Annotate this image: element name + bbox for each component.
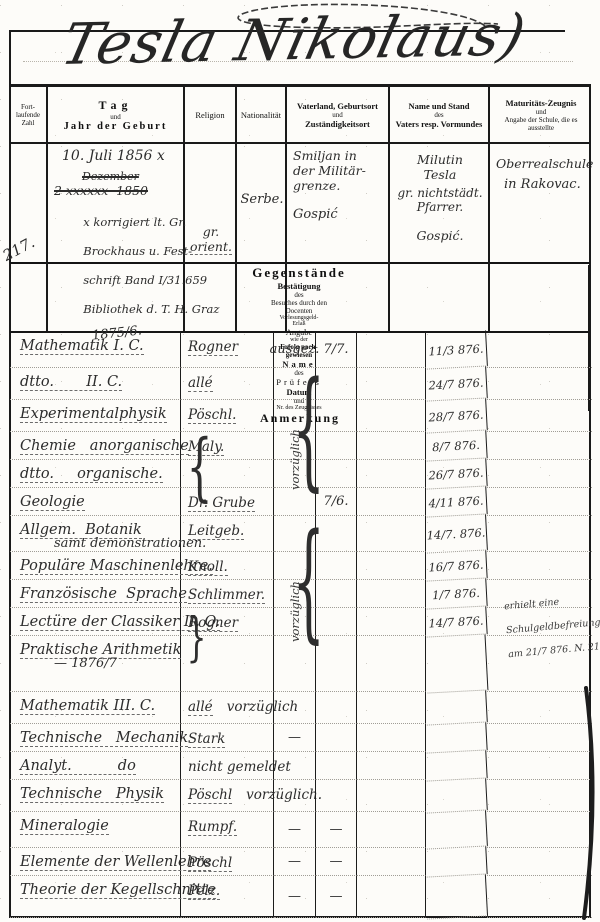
subject-cell: Mathematik III. C.: [10, 692, 181, 724]
examiner-cell: [357, 400, 426, 432]
subject-name: dtto. organische.: [20, 466, 163, 483]
brace-grade-2: {: [292, 518, 325, 646]
date-cell: 4/11 876.: [425, 486, 487, 517]
header-birth: Tag und Jahr der Geburt: [48, 87, 185, 142]
subject-cell: dtto. II. C.: [10, 368, 181, 400]
date-cell: 28/7 876.: [425, 398, 488, 433]
proof-cell: —: [316, 812, 357, 848]
docent-cell: Knoll.: [181, 552, 274, 580]
subject-name: Analyt. do: [20, 758, 136, 775]
docent-name: Knoll.: [188, 559, 228, 576]
subject-cell: Französische Sprache: [10, 580, 181, 608]
remark-cell: [487, 692, 592, 724]
header-seq: Fort- laufende Zahl: [10, 87, 48, 142]
table2-header: Gegenstände Bestätigung des Besuches dur…: [10, 265, 590, 333]
brace-grade-1: {: [292, 366, 325, 494]
certificate-date: 11/3 876.: [428, 341, 484, 358]
date-cell: [425, 634, 489, 693]
header-subjects: Gegenstände: [10, 265, 590, 281]
subject-cell: Chemie anorganische: [10, 432, 181, 460]
proof-cell: [316, 752, 357, 780]
proof-cell: [316, 780, 357, 812]
examiner-cell: [357, 332, 426, 368]
proof-mark: —: [330, 822, 343, 837]
header-homeland: Vaterland, Geburtsort und Zuständigkeits…: [287, 87, 390, 142]
subject-cell: Technische Physik: [10, 780, 181, 812]
subject-row: Theorie der KegellschnittePelz.——: [10, 876, 590, 918]
proof-cell: [316, 692, 357, 724]
date-cell: 24/7 876.: [425, 366, 488, 401]
remark-cell: [487, 752, 592, 780]
tuition-remark-note: erhielt eine Schulgeldbefreiung am 21/7 …: [491, 582, 598, 674]
examiner-cell: [357, 876, 426, 918]
remark-cell: [487, 724, 592, 752]
date-cell: [425, 874, 488, 919]
subject-cell: Technische Mechanik: [10, 724, 181, 752]
remark-cell: [487, 848, 592, 876]
subject-cell: Populäre Maschinenlehre.: [10, 552, 181, 580]
header-matura: Maturitäts-Zeugnis und Angabe der Schule…: [490, 87, 592, 142]
remark-cell: [487, 876, 592, 918]
date-cell: [425, 846, 487, 877]
subject-name: dtto. II. C.: [20, 374, 122, 391]
brace-chemie: {: [187, 430, 213, 504]
proof-mark: —: [330, 854, 343, 869]
header-religion: Religion: [185, 87, 237, 142]
remark-cell: [487, 432, 592, 460]
docent-name: Rumpf.: [188, 819, 237, 836]
fee-mark: —: [288, 730, 301, 745]
examiner-cell: [357, 432, 426, 460]
remark-cell: [487, 332, 592, 368]
remark-cell: [487, 488, 592, 516]
certificate-date: 26/7 876.: [428, 465, 484, 482]
subject-name: Französische Sprache: [20, 586, 187, 603]
subject-cell: Elemente der Wellenlehre: [10, 848, 181, 876]
date-cell: [425, 778, 488, 813]
fee-mark: —: [288, 822, 301, 837]
subject-row: Technische MechanikStark—: [10, 724, 590, 752]
fee-waiver-cell: —: [274, 848, 316, 876]
subject-row: MineralogieRumpf.——: [10, 812, 590, 848]
fee-waiver-cell: [274, 692, 316, 724]
examiner-cell: [357, 848, 426, 876]
remark-cell: [487, 780, 592, 812]
subject-row: Technische PhysikPöschlvorzüglich.: [10, 780, 590, 812]
remark-cell: [487, 516, 592, 552]
subject-name: Technische Physik: [20, 786, 164, 803]
remark-cell: [487, 812, 592, 848]
date-cell: 11/3 876.: [425, 330, 488, 369]
date-cell: 8/7 876.: [425, 430, 487, 461]
date-cell: 1/7 876.: [425, 578, 487, 609]
examiner-cell: [357, 752, 426, 780]
date-cell: 14/7. 876.: [425, 514, 488, 553]
docent-name: Leitgeb.: [188, 523, 244, 540]
docent-name: Pöschl: [188, 855, 232, 872]
fee-waiver-cell: —: [274, 876, 316, 918]
ink-curve-flourish: [578, 686, 600, 920]
subject-name: Technische Mechanik: [20, 730, 188, 747]
examiner-cell: [357, 812, 426, 848]
subject-row: Analyt. donicht gemeldet: [10, 752, 590, 780]
fee-waiver-cell: [274, 752, 316, 780]
proof-mark: 7/6.: [323, 494, 348, 509]
remark-cell: [487, 460, 592, 488]
docent-name: Pöschl: [188, 787, 232, 804]
date-cell: 14/7 876.: [425, 606, 487, 637]
docent-cell: Leitgeb.: [181, 516, 274, 552]
examiner-cell: [357, 460, 426, 488]
docent-cell: Rumpf.: [181, 812, 274, 848]
signature-band: Tesla Nikolaus): [11, 28, 589, 84]
date-cell: 26/7 876.: [425, 458, 487, 489]
fee-mark: —: [288, 854, 301, 869]
certificate-date: 14/7 876.: [428, 613, 484, 630]
docent-name: Pelz.: [188, 883, 220, 900]
fee-waiver-cell: —: [274, 724, 316, 752]
examiner-cell: [357, 636, 426, 692]
docent-cell: Pöschl: [181, 848, 274, 876]
date-cell: [425, 722, 487, 753]
subject-cell: Geologie: [10, 488, 181, 516]
subject-cell: Praktische Arithmetik— 1876/7: [10, 636, 181, 692]
docent-cell: Pelz.: [181, 876, 274, 918]
certificate-date: 8/7 876.: [432, 437, 480, 453]
subject-name: Chemie anorganische: [20, 438, 189, 455]
docent-cell: Stark: [181, 724, 274, 752]
docent-name: allé: [188, 699, 213, 716]
proof-cell: [316, 724, 357, 752]
docent-name: Schlimmer.: [188, 587, 265, 604]
header-attendance: Bestätigung des Besuches durch den Docen…: [10, 281, 590, 315]
proof-cell: —: [316, 848, 357, 876]
subject-cell: dtto. organische.: [10, 460, 181, 488]
subject-name: Mathematik I. C.: [20, 338, 144, 355]
examiner-cell: [357, 368, 426, 400]
subject-cell: Theorie der Kegellschnitte: [10, 876, 181, 918]
examiner-cell: [357, 608, 426, 636]
header-nationality: Nationalität: [237, 87, 287, 142]
docent-cell: nicht gemeldet: [181, 752, 274, 780]
examiner-cell: [357, 692, 426, 724]
examiner-cell: [357, 580, 426, 608]
fee-mark: —: [288, 889, 301, 904]
header-father: Name und Stand des Vaters resp. Vormunde…: [390, 87, 490, 142]
examiner-cell: [357, 552, 426, 580]
table1-header: Fort- laufende Zahl Tag und Jahr der Geb…: [10, 87, 590, 144]
date-cell: [425, 690, 488, 725]
subject-name: Mathematik III. C.: [20, 698, 155, 715]
proof-mark: —: [330, 889, 343, 904]
subject-name: Experimentalphysik: [20, 406, 167, 423]
remark-cell: [487, 368, 592, 400]
proof-cell: —: [316, 876, 357, 918]
scanned-registration-document: Tesla Nikolaus) Fort- laufende Zahl Tag …: [0, 0, 600, 922]
docent-cell: allé: [181, 368, 274, 400]
examiner-cell: [357, 724, 426, 752]
docent-cell: Rogner: [181, 332, 274, 368]
subject-row: Mathematik III. C.allévorzüglich: [10, 692, 590, 724]
date-cell: 16/7 876.: [425, 550, 487, 581]
subject-cell: Analyt. do: [10, 752, 181, 780]
table1-entry-row: 10. Juli 1856 x Dezember 2 xxxxxx 1850 x…: [10, 142, 590, 264]
certificate-date: 1/7 876.: [432, 585, 480, 601]
remark-cell: [487, 552, 592, 580]
subject-cell: Allgem. Botaniksamt demonstrationen.: [10, 516, 181, 552]
docent-cell: Pöschlvorzüglich.: [181, 780, 274, 812]
date-cell: [425, 810, 488, 849]
fee-waiver-cell: —: [274, 812, 316, 848]
docent-cell: Schlimmer.: [181, 580, 274, 608]
certificate-date: 28/7 876.: [428, 407, 484, 424]
subject-cell: Lectüre der Classiker II. O.: [10, 608, 181, 636]
examiner-cell: [357, 488, 426, 516]
examiner-cell: [357, 780, 426, 812]
student-name-signature: Tesla Nikolaus): [55, 1, 600, 78]
docent-name: Rogner: [188, 339, 238, 356]
fee-waiver-cell: [274, 780, 316, 812]
subject-cell: Mineralogie: [10, 812, 181, 848]
certificate-date: 4/11 876.: [428, 493, 484, 510]
certificate-date: 14/7. 876.: [426, 525, 485, 542]
brace-rogner: }: [187, 612, 207, 664]
subject-name: Geologie: [20, 494, 85, 511]
subject-cell: Experimentalphysik: [10, 400, 181, 432]
docent-name: Stark: [188, 731, 225, 748]
certificate-date: 24/7 876.: [428, 375, 484, 392]
docent-cell: allévorzüglich: [181, 692, 274, 724]
date-cell: [425, 750, 487, 781]
examiner-cell: [357, 516, 426, 552]
docent-name: allé: [188, 375, 213, 392]
docent-name: Pöschl.: [188, 407, 236, 424]
remark-cell: [487, 400, 592, 432]
header-fee: Vorlesungsgeld- Erlaß: [10, 315, 590, 327]
proof-mark: 7/7.: [323, 342, 348, 357]
subject-row: Elemente der WellenlehrePöschl——: [10, 848, 590, 876]
certificate-date: 16/7 876.: [428, 557, 484, 574]
subject-name: Mineralogie: [20, 818, 109, 835]
